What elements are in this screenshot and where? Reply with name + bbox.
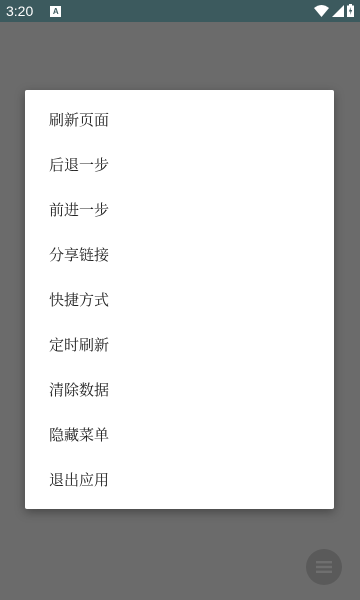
wifi-icon bbox=[314, 5, 329, 17]
menu-item-share-link[interactable]: 分享链接 bbox=[25, 232, 334, 277]
notification-icon: A bbox=[50, 6, 61, 17]
menu-item-hide-menu[interactable]: 隐藏菜单 bbox=[25, 412, 334, 457]
menu-item-shortcut[interactable]: 快捷方式 bbox=[25, 277, 334, 322]
menu-list: 刷新页面 后退一步 前进一步 分享链接 快捷方式 定时刷新 清除数据 隐藏菜单 … bbox=[25, 90, 334, 502]
menu-item-clear-data[interactable]: 清除数据 bbox=[25, 367, 334, 412]
menu-item-label: 退出应用 bbox=[49, 469, 109, 490]
menu-item-label: 刷新页面 bbox=[49, 109, 109, 130]
menu-item-label: 快捷方式 bbox=[49, 289, 109, 310]
menu-item-exit-app[interactable]: 退出应用 bbox=[25, 457, 334, 502]
menu-item-label: 前进一步 bbox=[49, 199, 109, 220]
signal-icon bbox=[332, 5, 344, 17]
menu-item-label: 定时刷新 bbox=[49, 334, 109, 355]
menu-item-label: 后退一步 bbox=[49, 154, 109, 175]
status-time: 3:20 bbox=[6, 3, 33, 19]
menu-item-refresh-page[interactable]: 刷新页面 bbox=[25, 97, 334, 142]
status-bar: 3:20 A bbox=[0, 0, 360, 22]
battery-charging-icon bbox=[347, 4, 354, 17]
menu-icon bbox=[316, 560, 332, 574]
menu-item-go-forward[interactable]: 前进一步 bbox=[25, 187, 334, 232]
menu-item-timed-refresh[interactable]: 定时刷新 bbox=[25, 322, 334, 367]
floating-menu-button[interactable] bbox=[306, 549, 342, 585]
menu-item-label: 分享链接 bbox=[49, 244, 109, 265]
menu-item-label: 清除数据 bbox=[49, 379, 109, 400]
popup-menu: 刷新页面 后退一步 前进一步 分享链接 快捷方式 定时刷新 清除数据 隐藏菜单 … bbox=[25, 90, 334, 509]
menu-item-go-back[interactable]: 后退一步 bbox=[25, 142, 334, 187]
menu-item-label: 隐藏菜单 bbox=[49, 424, 109, 445]
status-icons bbox=[314, 4, 354, 17]
